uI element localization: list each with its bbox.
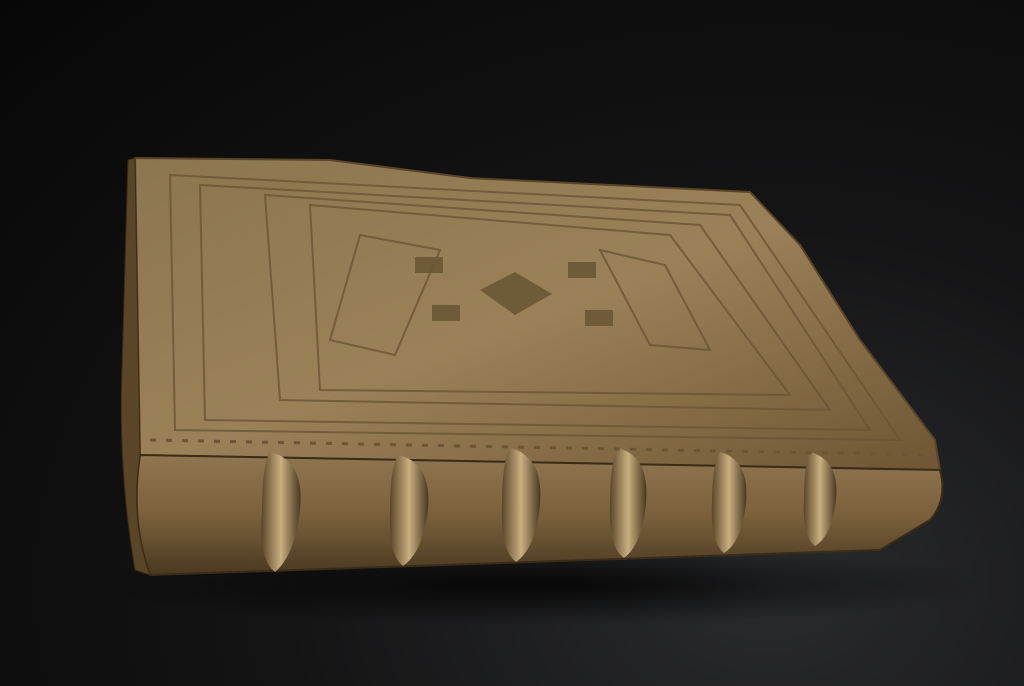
photo-scene: Antique leather-bound book with blind-to… <box>0 0 1024 686</box>
antique-book <box>0 0 1024 686</box>
